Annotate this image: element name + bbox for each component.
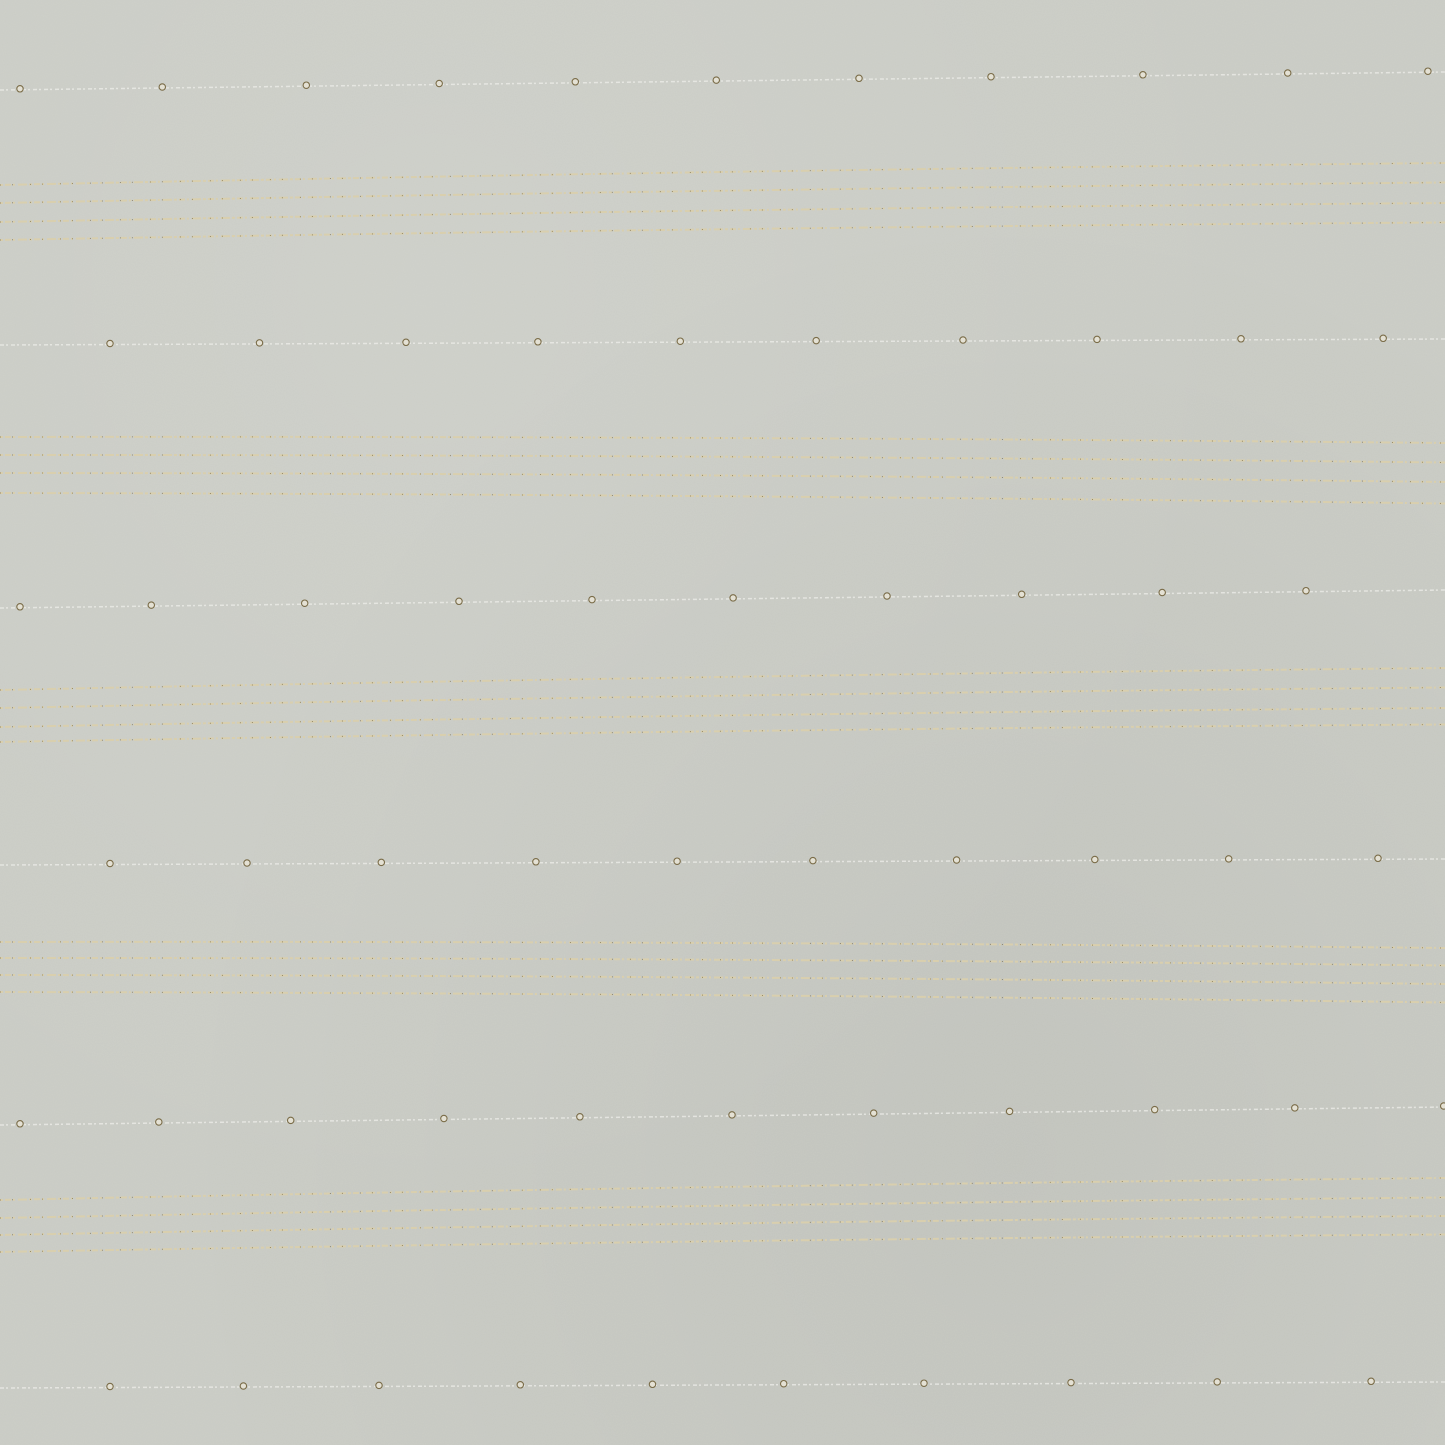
sequin: [1068, 1379, 1074, 1385]
sequin: [256, 340, 262, 346]
sequin: [1092, 856, 1098, 862]
sequin: [17, 604, 23, 610]
sequin: [1380, 335, 1386, 341]
sequin: [517, 1382, 523, 1388]
sequin: [674, 858, 680, 864]
sequin: [713, 77, 719, 83]
sequin: [456, 598, 462, 604]
sequin: [871, 1110, 877, 1116]
sequin: [729, 1112, 735, 1118]
sequin: [921, 1380, 927, 1386]
sequin: [156, 1119, 162, 1125]
sequin: [953, 857, 959, 863]
sequin: [810, 857, 816, 863]
sequin: [572, 79, 578, 85]
sequin: [107, 1383, 113, 1389]
sequin: [403, 339, 409, 345]
fabric-swatch: [0, 0, 1445, 1445]
sequin: [376, 1382, 382, 1388]
sequin: [17, 86, 23, 92]
sequin: [302, 600, 308, 606]
sequin: [535, 339, 541, 345]
sequin: [436, 80, 442, 86]
sequin: [1441, 1103, 1445, 1109]
sequin: [533, 859, 539, 865]
sequin: [148, 602, 154, 608]
sequin: [378, 859, 384, 865]
sequin: [1285, 70, 1291, 76]
sequin: [577, 1114, 583, 1120]
sequin: [240, 1383, 246, 1389]
sequin: [244, 860, 250, 866]
sequin: [1303, 588, 1309, 594]
sequin: [107, 340, 113, 346]
sequin: [441, 1115, 447, 1121]
sequin: [288, 1117, 294, 1123]
sequin: [1292, 1105, 1298, 1111]
sequin: [813, 337, 819, 343]
sequin: [107, 860, 113, 866]
sequin: [1226, 856, 1232, 862]
sequin: [730, 595, 736, 601]
sequin: [960, 337, 966, 343]
sequin: [649, 1381, 655, 1387]
sequin: [1019, 591, 1025, 597]
sequin: [1094, 336, 1100, 342]
sequin: [159, 84, 165, 90]
sequin: [1152, 1106, 1158, 1112]
sequin: [1006, 1108, 1012, 1114]
sequin: [1238, 336, 1244, 342]
sequin: [1214, 1379, 1220, 1385]
sequin: [589, 596, 595, 602]
sequin: [1425, 68, 1431, 74]
sequin: [988, 74, 994, 80]
fabric-pattern: [0, 0, 1445, 1445]
sequin: [1140, 72, 1146, 78]
sequin: [1159, 589, 1165, 595]
sequin: [17, 1121, 23, 1127]
sequin: [781, 1381, 787, 1387]
sequin: [1368, 1378, 1374, 1384]
sequin: [303, 82, 309, 88]
sequin: [884, 593, 890, 599]
sequin: [856, 75, 862, 81]
sequin: [677, 338, 683, 344]
sequin: [1375, 855, 1381, 861]
